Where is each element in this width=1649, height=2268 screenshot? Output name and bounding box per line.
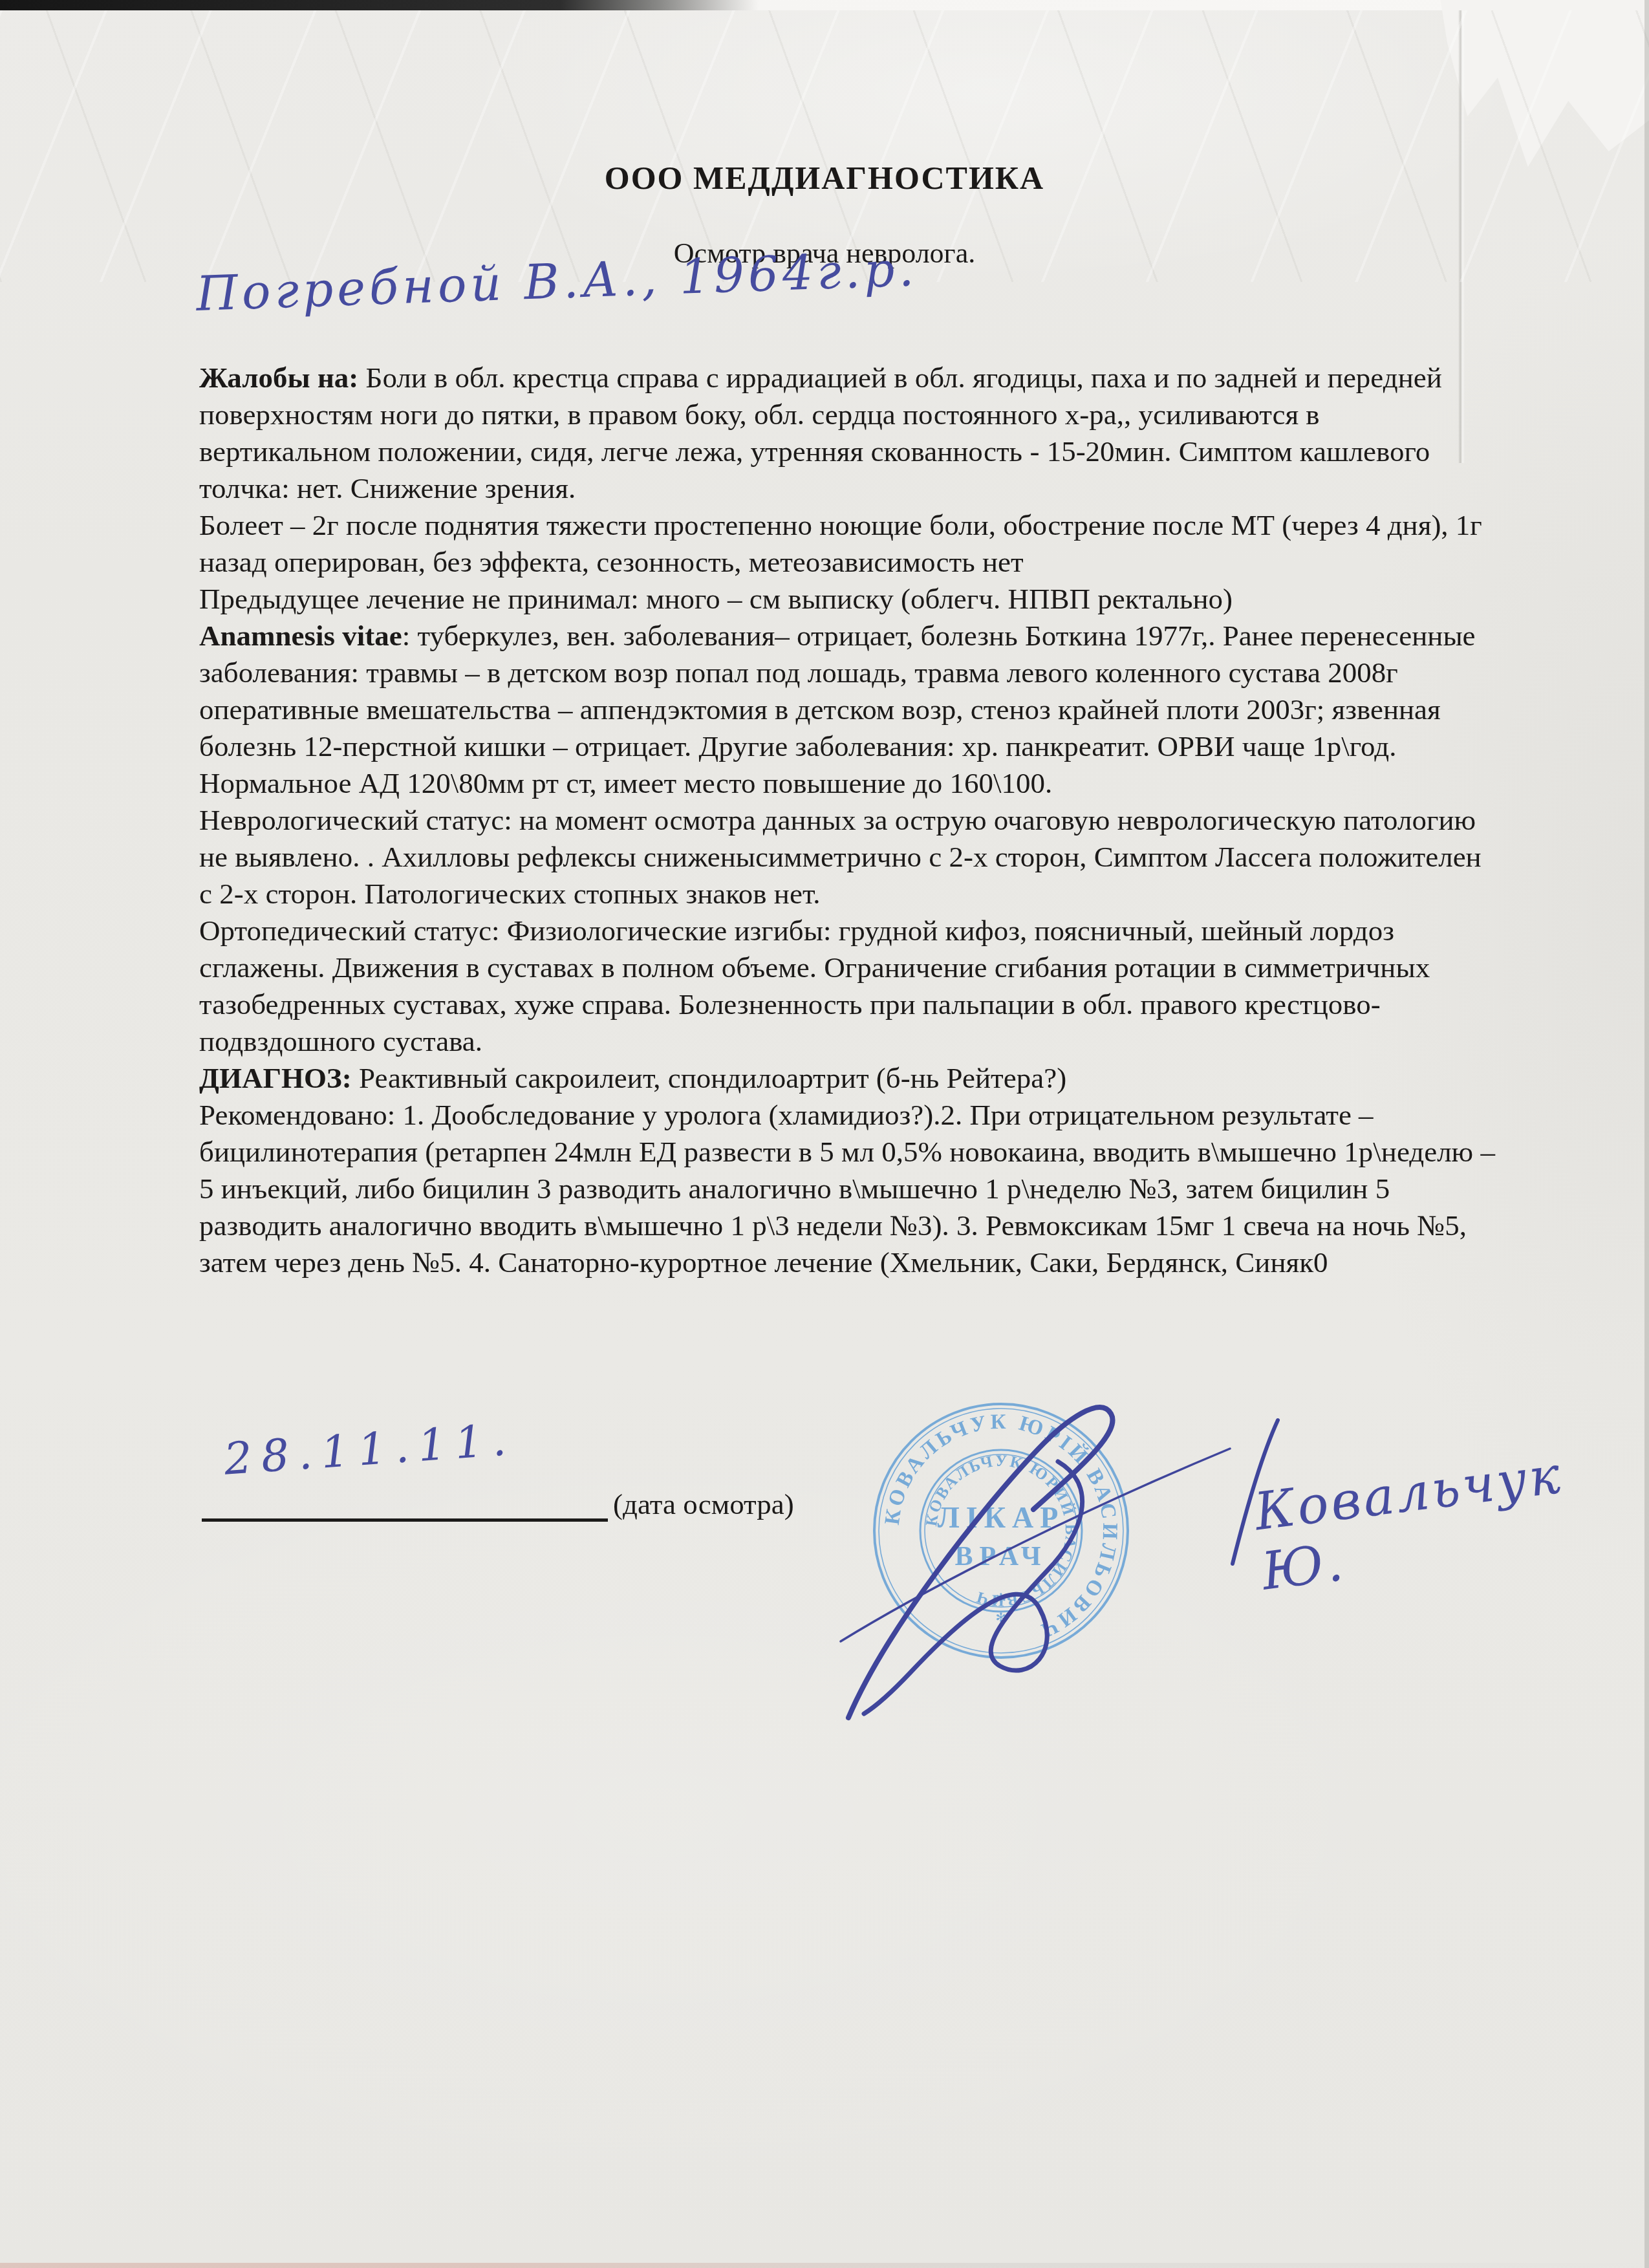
report-body: Жалобы на: Боли в обл. крестца справа с … bbox=[199, 360, 1496, 1281]
paragraph-history-illness: Болеет – 2г после поднятия тяжести прост… bbox=[199, 507, 1496, 581]
scan-right-edge bbox=[1644, 0, 1649, 2268]
paragraph-previous-treatment: Предыдущее лечение не принимал: много – … bbox=[199, 581, 1496, 618]
anamnesis-label: Anamnesis vitae bbox=[199, 620, 402, 652]
date-caption: (дата осмотра) bbox=[613, 1487, 794, 1521]
stamp-star-marks-2: ✻ bbox=[996, 1611, 1007, 1625]
doctor-round-stamp: КОВАЛЬЧУК ЮРІЙ ВАСИЛЬОВИЧ КОВАЛЬЧУК ЮРИЙ… bbox=[865, 1398, 1139, 1667]
paragraph-recommendations: Рекомендовано: 1. Дообследование у уроло… bbox=[199, 1097, 1496, 1281]
paragraph-complaints: Жалобы на: Боли в обл. крестца справа с … bbox=[199, 360, 1496, 507]
stamp-center-bottom: ВРАЧ bbox=[954, 1542, 1047, 1571]
scanner-edge bbox=[0, 0, 1649, 10]
complaints-label: Жалобы на: bbox=[199, 362, 366, 394]
diagnosis-label: ДИАГНОЗ: bbox=[199, 1062, 359, 1094]
handwritten-doctor-name: Ковальчук Ю. bbox=[1251, 1434, 1649, 1602]
handwritten-exam-date: 28.11.11. bbox=[222, 1414, 517, 1485]
stamp-star-marks: ✻ bbox=[996, 1592, 1007, 1606]
paragraph-diagnosis: ДИАГНОЗ: Реактивный сакроилеит, спондило… bbox=[199, 1060, 1496, 1097]
scan-bottom-edge bbox=[0, 2263, 1649, 2268]
paragraph-orthopedic-status: Ортопедический статус: Физиологические и… bbox=[199, 913, 1496, 1060]
scanned-document-page: ООО МЕДДИАГНОСТИКА Осмотр врача невролог… bbox=[0, 0, 1649, 2268]
paragraph-anamnesis-vitae: Anamnesis vitae: туберкулез, вен. заболе… bbox=[199, 618, 1496, 802]
org-title: ООО МЕДДИАГНОСТИКА bbox=[0, 159, 1649, 197]
stamp-center-top: ЛІКАР bbox=[938, 1501, 1065, 1534]
paragraph-neurological-status: Неврологический статус: на момент осмотр… bbox=[199, 802, 1496, 913]
stamp-svg: КОВАЛЬЧУК ЮРІЙ ВАСИЛЬОВИЧ КОВАЛЬЧУК ЮРИЙ… bbox=[865, 1398, 1139, 1667]
date-signature-line bbox=[202, 1485, 608, 1522]
